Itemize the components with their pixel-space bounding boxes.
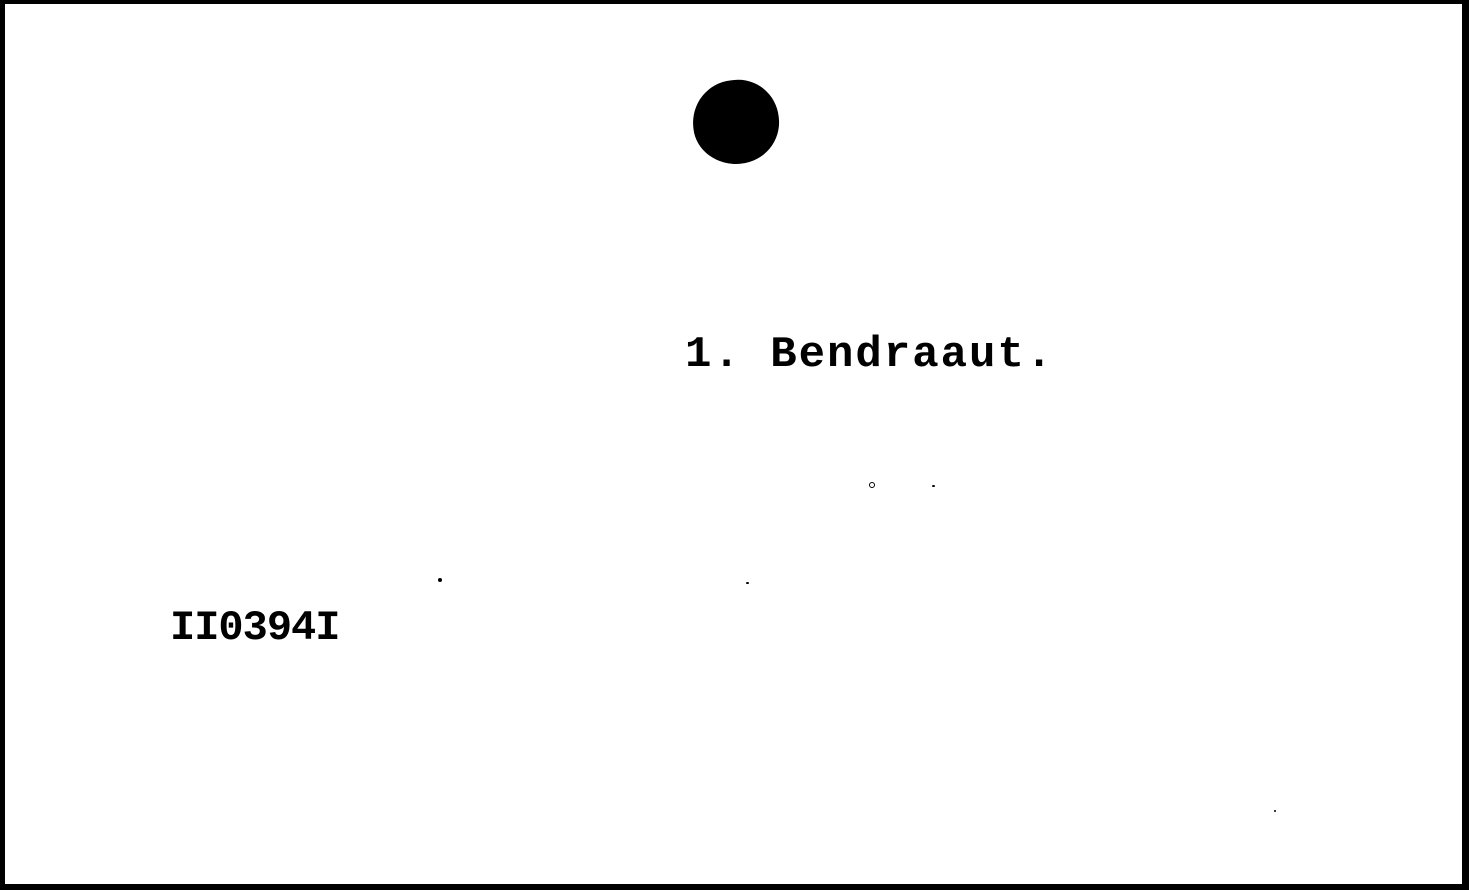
scan-speck xyxy=(932,485,935,487)
punch-hole-icon xyxy=(689,76,783,169)
scan-speck xyxy=(1274,810,1276,812)
scan-speck xyxy=(746,582,749,584)
index-card: 1. Bendraaut. II0394I xyxy=(5,4,1462,884)
catalog-number: II0394I xyxy=(170,604,339,652)
scan-speck xyxy=(438,578,442,582)
scan-speck xyxy=(869,482,875,488)
card-heading: 1. Bendraaut. xyxy=(685,330,1054,380)
